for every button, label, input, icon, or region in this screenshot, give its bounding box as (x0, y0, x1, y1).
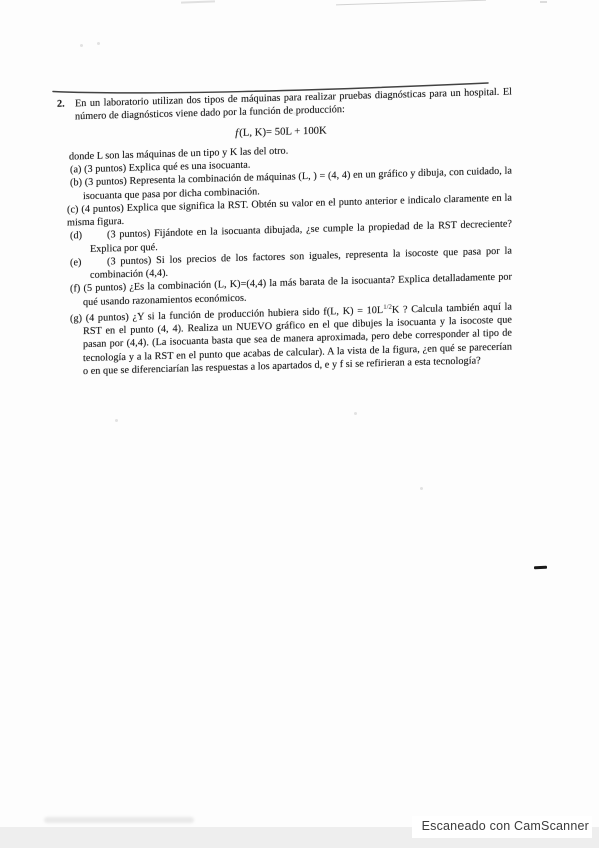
item-label: (a) (70, 164, 81, 175)
formula-exponent: 1/2 (383, 303, 392, 310)
item-label: (e) (70, 255, 107, 269)
item-label: (c) (67, 204, 78, 215)
scan-speck (97, 42, 100, 45)
camscanner-watermark-box: Escaneado con CamScanner (412, 816, 592, 838)
scanned-exam-page: 2. En un laboratorio utilizan dos tipos … (0, 0, 599, 848)
scan-speck (354, 412, 357, 415)
question-number: 2. (57, 98, 65, 111)
scan-artifact-mark (181, 0, 215, 3)
scan-speck (420, 487, 423, 490)
formula-body: (L, K)= 50L + 100K (239, 125, 326, 138)
camscanner-watermark: Escaneado con CamScanner (422, 819, 589, 833)
item-label: (g) (70, 313, 82, 324)
exam-question-block: 2. En un laboratorio utilizan dos tipos … (50, 85, 512, 379)
scan-smudge (44, 817, 194, 823)
stray-dash-mark (534, 566, 547, 569)
formula-function-symbol: f (235, 127, 238, 138)
scan-artifact-line (336, 0, 486, 5)
item-label: (b) (70, 177, 82, 188)
scan-speck (115, 419, 118, 422)
item-label: (f) (70, 283, 80, 294)
scan-speck (80, 44, 83, 47)
question-item-g: (g) (4 puntos) ¿Y si la función de produ… (70, 297, 512, 378)
scan-artifact-mark (540, 1, 547, 3)
item-label: (d) (70, 229, 107, 243)
